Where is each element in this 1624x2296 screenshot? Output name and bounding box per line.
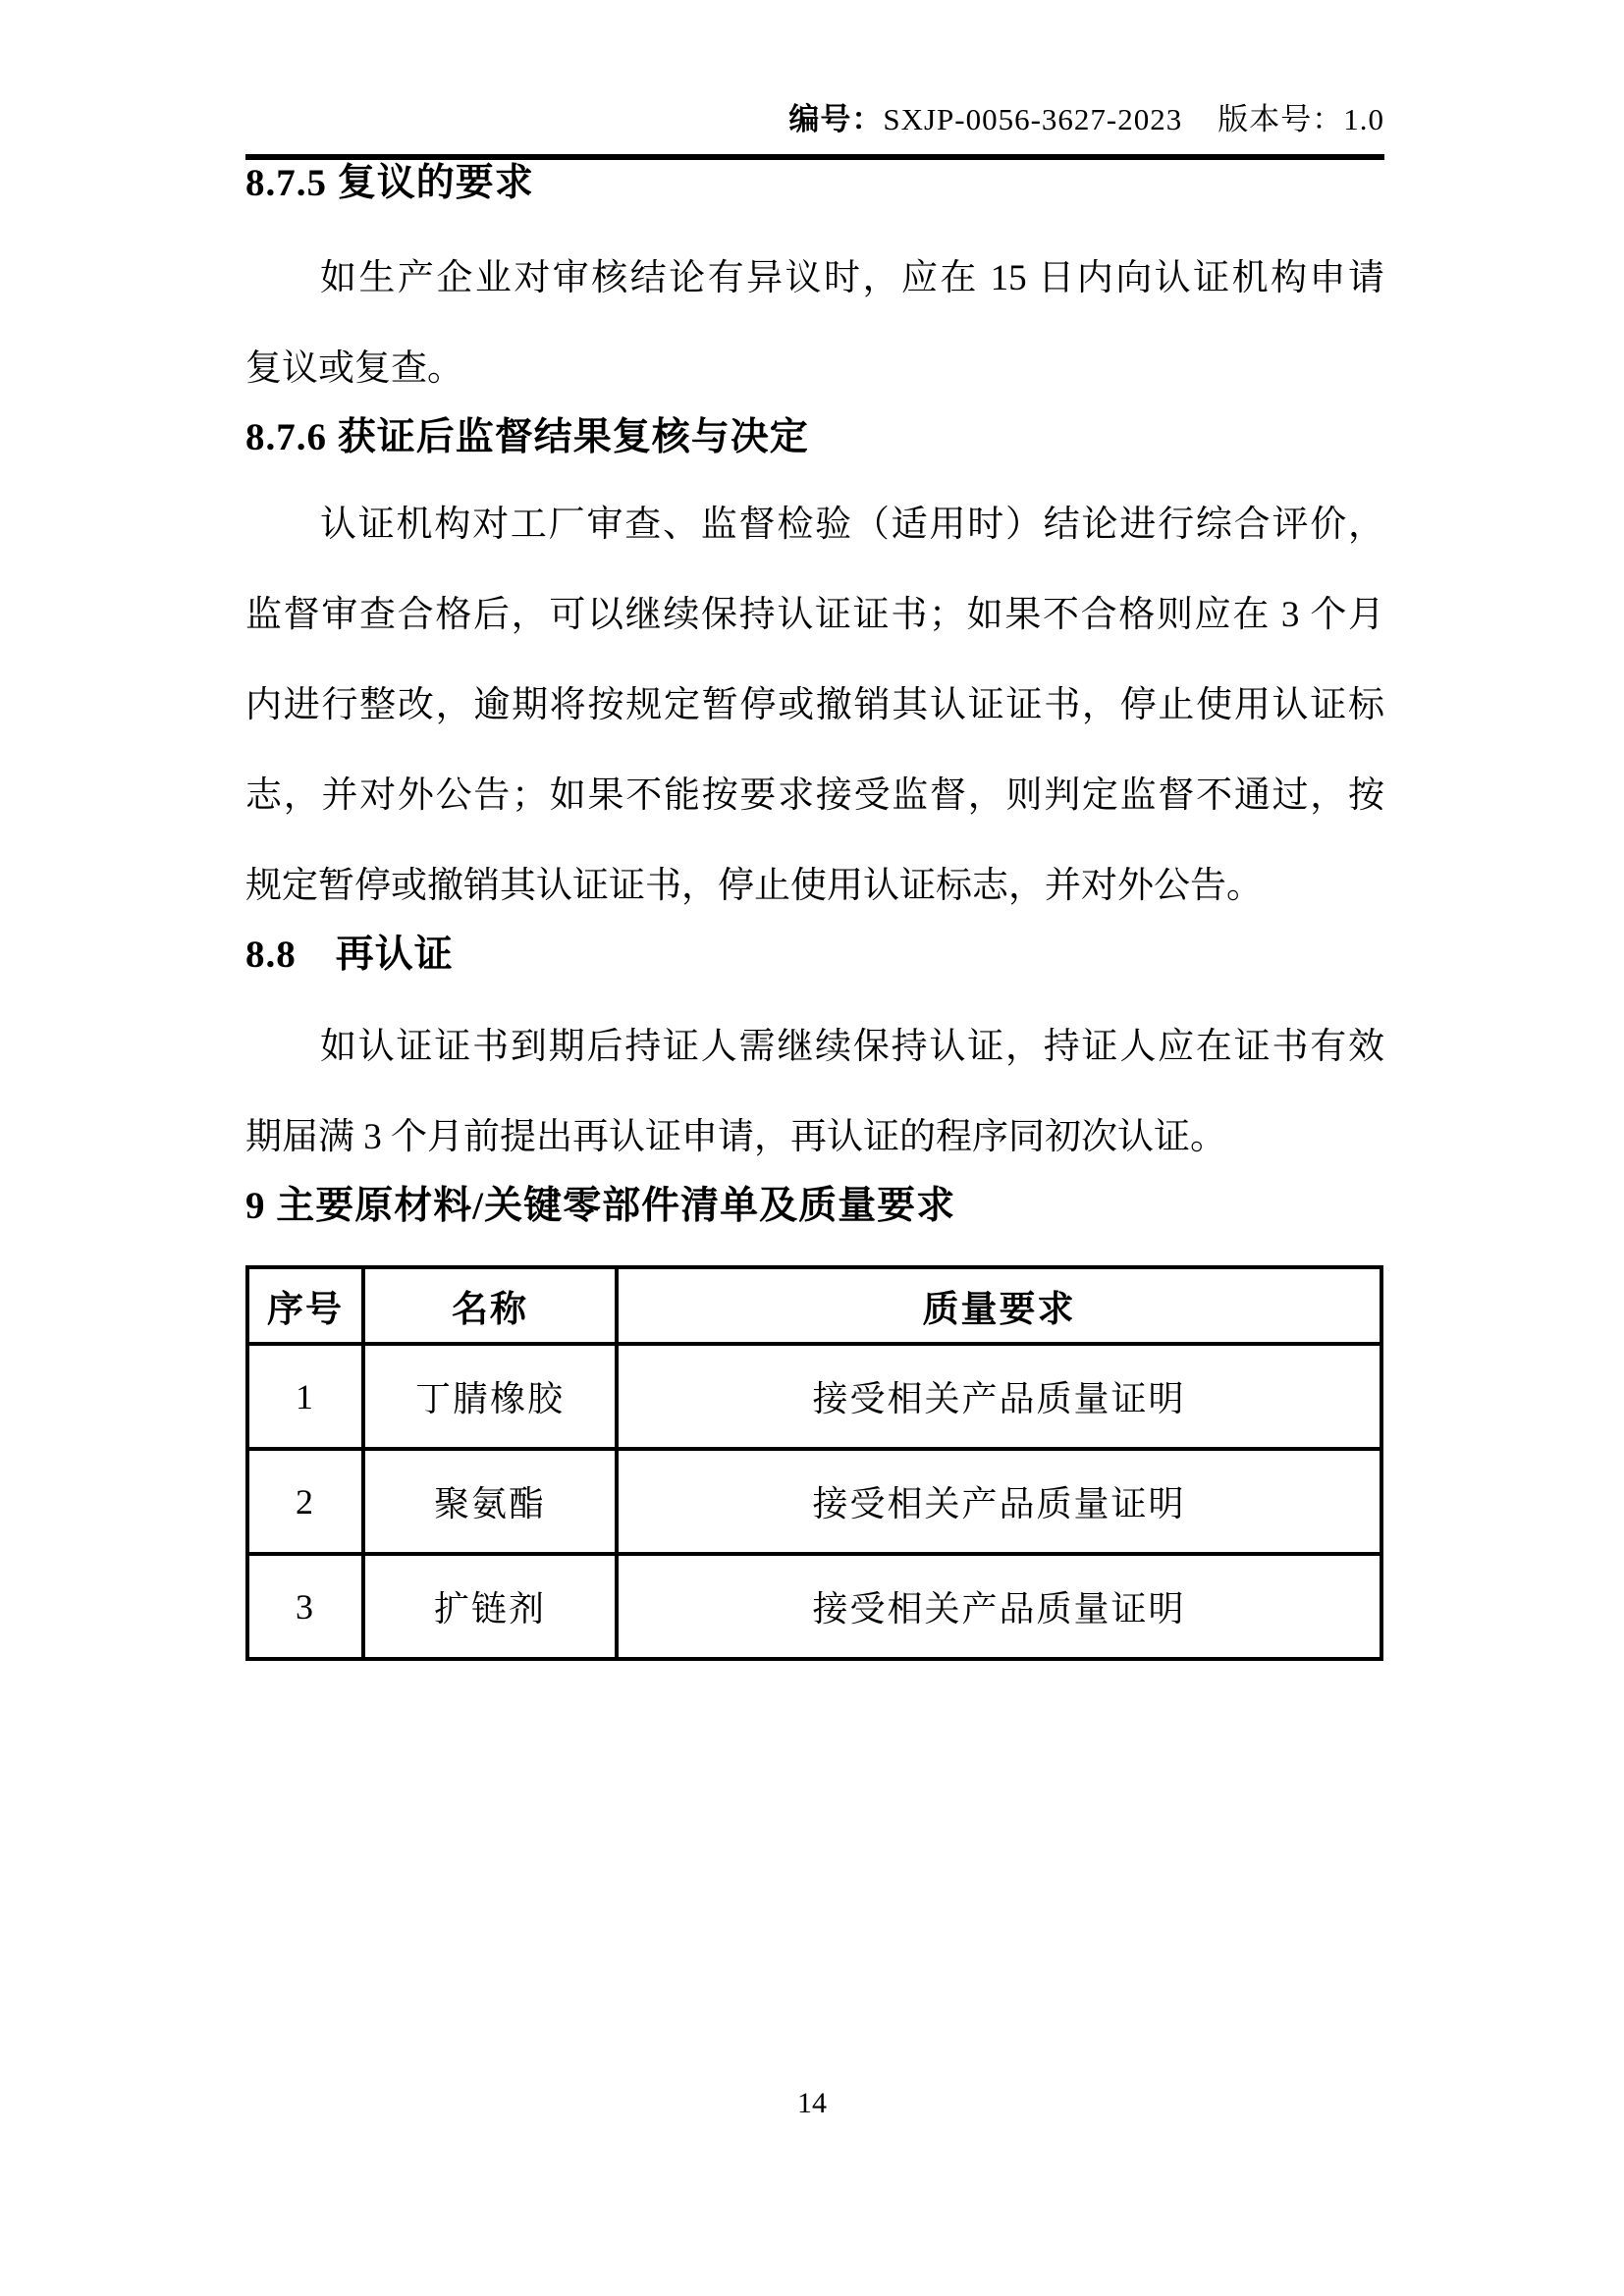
table-header-row: 序号 名称 质量要求 [247,1267,1381,1344]
cell-no: 3 [247,1554,363,1659]
doc-code-label: 编号： [788,102,883,136]
paragraph-line: 规定暂停或撤销其认证证书，停止使用认证标志，并对外公告。 [245,841,1384,932]
column-header-name: 名称 [363,1267,617,1344]
section-heading-8-7-5: 8.7.5 复议的要求 [245,160,1384,208]
section-heading-9: 9 主要原材料/关键零部件清单及质量要求 [245,1183,1384,1231]
paragraph-line: 监督审查合格后，可以继续保持认证证书；如果不合格则应在 3 个月 [245,570,1384,661]
section-heading-8-8: 8.8 再认证 [245,932,1384,980]
paragraph-line: 志，并对外公告；如果不能按要求接受监督，则判定监督不通过，按 [245,751,1384,841]
cell-name: 聚氨酯 [363,1449,617,1554]
materials-table: 序号 名称 质量要求 1 丁腈橡胶 接受相关产品质量证明 2 聚氨酯 接受相关产… [245,1265,1383,1661]
document-header: 编号：SXJP-0056-3627-2023版本号：1.0 [245,0,1384,160]
doc-version-label: 版本号： [1218,102,1343,136]
document-page: 编号：SXJP-0056-3627-2023版本号：1.0 8.7.5 复议的要… [0,0,1624,2296]
table-row: 3 扩链剂 接受相关产品质量证明 [247,1554,1381,1659]
doc-code-value: SXJP-0056-3627-2023 [883,102,1182,136]
paragraph-8-8: 如认证证书到期后持证人需继续保持认证，持证人应在证书有效 期届满 3 个月前提出… [245,1002,1384,1183]
column-header-no: 序号 [247,1267,363,1344]
table-row: 2 聚氨酯 接受相关产品质量证明 [247,1449,1381,1554]
content-column: 编号：SXJP-0056-3627-2023版本号：1.0 8.7.5 复议的要… [245,0,1384,1661]
cell-no: 2 [247,1449,363,1554]
cell-name: 扩链剂 [363,1554,617,1659]
paragraph-line: 认证机构对工厂审查、监督检验（适用时）结论进行综合评价， [245,480,1384,570]
paragraph-line: 如认证证书到期后持证人需继续保持认证，持证人应在证书有效 [245,1002,1384,1093]
paragraph-8-7-5: 如生产企业对审核结论有异议时，应在 15 日内向认证机构申请 复议或复查。 [245,234,1384,414]
paragraph-line: 内进行整改，逾期将按规定暂停或撤销其认证证书，停止使用认证标 [245,661,1384,751]
cell-name: 丁腈橡胶 [363,1344,617,1449]
page-number: 14 [0,2087,1624,2120]
paragraph-line: 复议或复查。 [245,324,1384,414]
cell-requirement: 接受相关产品质量证明 [617,1554,1381,1659]
table-row: 1 丁腈橡胶 接受相关产品质量证明 [247,1344,1381,1449]
cell-no: 1 [247,1344,363,1449]
paragraph-8-7-6: 认证机构对工厂审查、监督检验（适用时）结论进行综合评价， 监督审查合格后，可以继… [245,480,1384,932]
doc-version-value: 1.0 [1343,102,1384,136]
paragraph-line: 期届满 3 个月前提出再认证申请，再认证的程序同初次认证。 [245,1093,1384,1183]
section-heading-8-7-6: 8.7.6 获证后监督结果复核与决定 [245,414,1384,462]
cell-requirement: 接受相关产品质量证明 [617,1449,1381,1554]
cell-requirement: 接受相关产品质量证明 [617,1344,1381,1449]
column-header-requirement: 质量要求 [617,1267,1381,1344]
paragraph-line: 如生产企业对审核结论有异议时，应在 15 日内向认证机构申请 [245,234,1384,324]
